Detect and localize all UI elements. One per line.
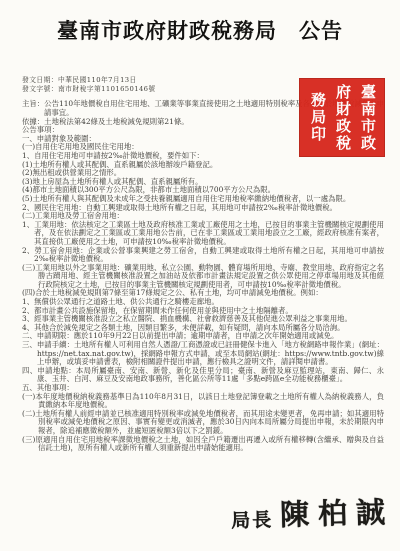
signer-title: 局長: [231, 505, 274, 533]
paragraph: (一)本年度地價稅納稅義務基準日為110年8月31日，以該日土地登記簿登載之土地…: [22, 393, 384, 410]
announcement-document: 臺南市政府財政稅務局 公告 發文日期：中華民國110年7月13日 發文字號：南市…: [0, 0, 400, 551]
paragraph: 2、勞工宿舍用地：企業或公營事業興建之勞工宿舍，自動工興建或取得土地所有權之日起…: [22, 247, 384, 264]
document-title: 臺南市政府財政稅務局 公告: [0, 0, 400, 45]
signature-block: 局長 陳柏誠: [230, 490, 394, 535]
paragraph: 三、申請手續：土地所有權人可利用自然人憑證/工商憑證或已註冊健保卡進入「地方稅網…: [22, 341, 384, 367]
official-seal-stamp: 臺南市政府財政稅務局印: [299, 78, 385, 157]
signer-name-handwritten: 陳柏誠: [279, 490, 394, 534]
paragraph: 1、工業用地：依法核定之工業區土地及政府核准工業或工廠使用之土地，已按目的事業主…: [22, 221, 384, 247]
paragraph: 四、申請地點：本局所屬臺南、安南、新營、新化及佳里分局；臺南、新營及麻豆監理站，…: [22, 367, 384, 384]
paragraph: (二)土地所有權人前經申請並已核准適用特別稅率或減免地價稅者，而其用途未變更者，…: [22, 410, 384, 436]
paragraph: (三)原適用自用住宅用地稅率課徵地價稅之土地，如因全戶戶籍遷出再遷入或所有權移轉…: [22, 436, 384, 453]
paragraph: (三)工業用地以外之事業用地：礦業用地、私立公園、動物園、體育場所用地、寺廟、教…: [22, 264, 384, 290]
